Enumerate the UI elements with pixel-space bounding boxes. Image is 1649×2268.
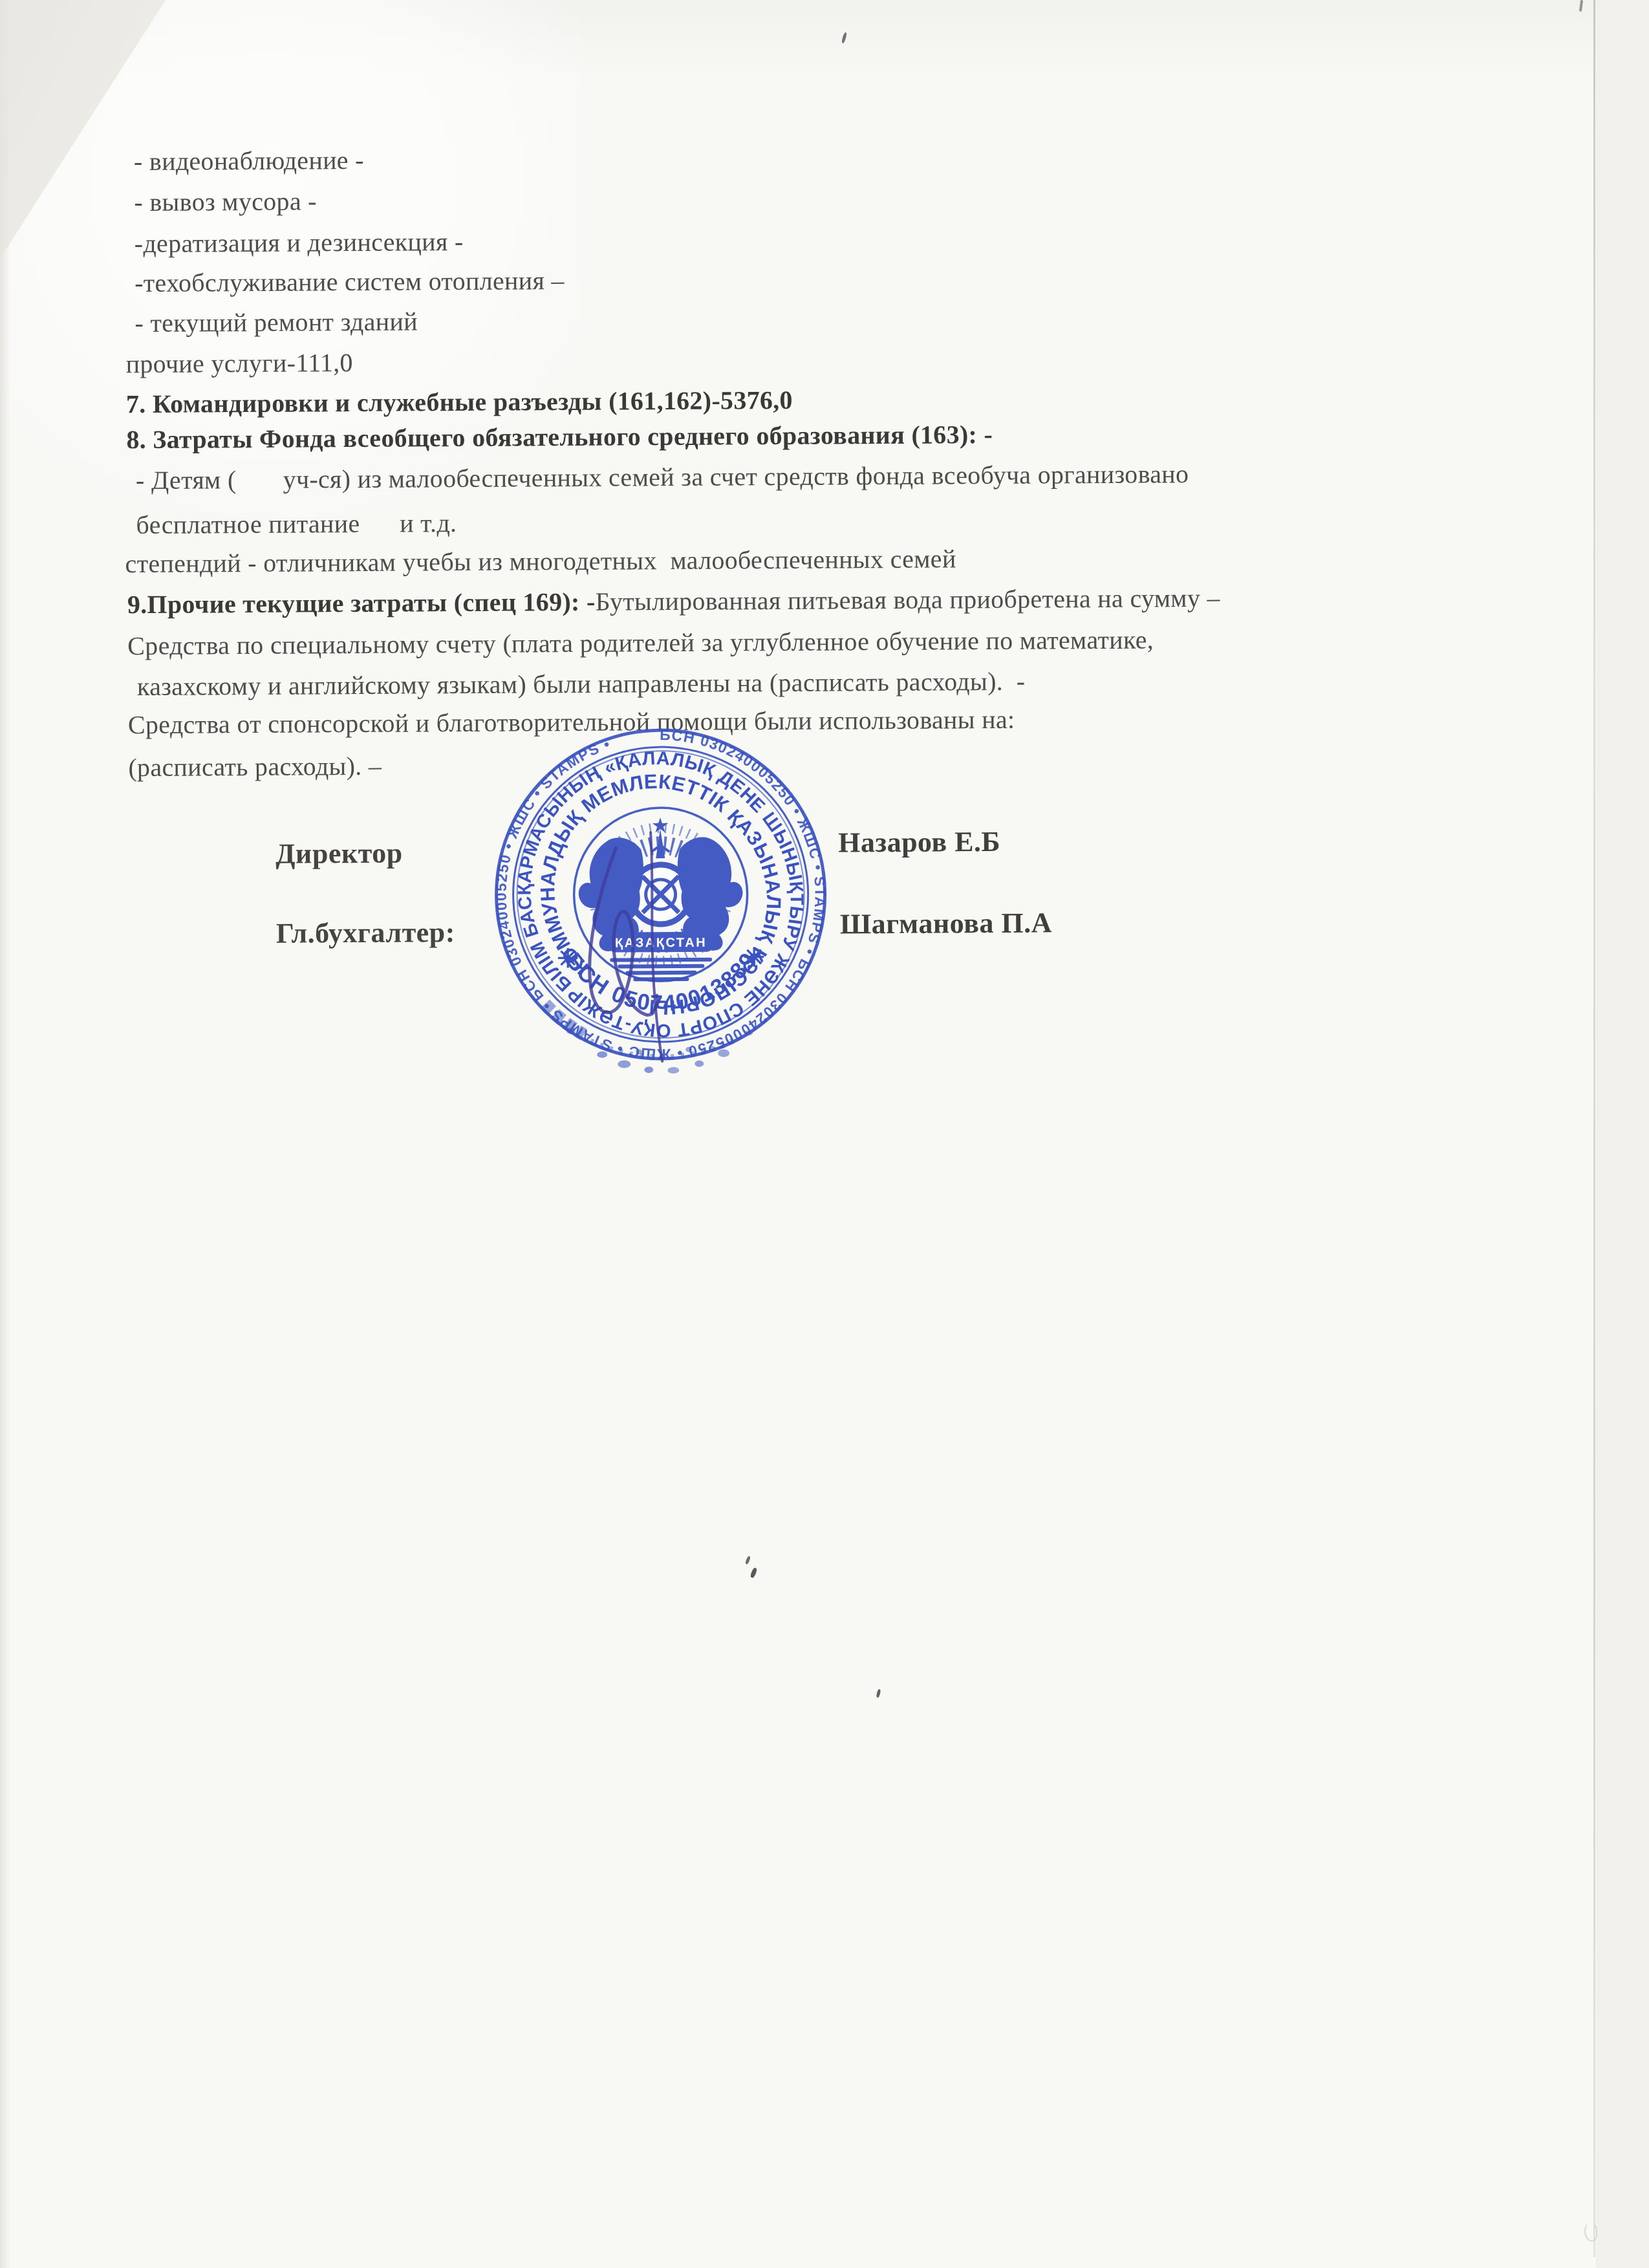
document-line: -техобслуживание систем отопления – [128,264,565,300]
document-line: (расписать расходы). – [128,750,382,784]
line-text: бесплатное питание и т.д. [129,508,457,539]
accountant-name: Шагманова П.А [840,906,1052,940]
line-text: -техобслуживание систем отопления – [128,266,565,297]
stamp-star-separator-icon: ✳ [743,944,765,972]
line-text: (расписать расходы). – [128,751,382,782]
line-bold-text: 7. Командировки и служебные разъезды (16… [126,385,793,418]
document-line: - видеонаблюдение - [127,144,364,178]
line-text: Бутылированная питьевая вода приобретена… [595,583,1220,616]
line-text: Средства по специальному счету (плата ро… [127,625,1154,660]
stamp-star-separator-icon: ✳ [557,945,579,973]
line-text: -дератизация и дезинсекция - [127,227,463,258]
document-line: прочие услуги-111,0 [125,346,353,381]
document-line: степендий - отличникам учебы из многодет… [125,542,956,581]
handwritten-signature-ink [0,0,1649,2268]
line-text: прочие услуги-111,0 [125,348,353,378]
document-line: 7. Командировки и служебные разъезды (16… [126,383,793,421]
line-text: - Детям ( уч-ся) из малообеспеченных сем… [129,459,1189,495]
official-stamp-graphic: БСН 030240005250 • ЖШС • STAMPS • БСН 03… [453,686,869,1103]
line-text: - видеонаблюдение - [127,146,364,176]
line-bold-text: 9.Прочие текущие затраты (спец 169): - [127,587,596,619]
accountant-label: Гл.бухгалтер: [276,916,455,950]
document-line: - Детям ( уч-ся) из малообеспеченных сем… [129,457,1189,497]
director-label: Директор [275,837,403,870]
document-line: - текущий ремонт зданий [128,305,418,340]
document-line: -дератизация и дезинсекция - [127,225,463,261]
document-line: бесплатное питание и т.д. [129,506,457,542]
line-text: - вывоз мусора - [127,186,317,217]
document-line: 8. Затраты Фонда всеобщего обязательного… [126,418,993,457]
official-stamp: БСН 030240005250 • ЖШС • STAMPS • БСН 03… [453,686,869,1103]
document-line: 9.Прочие текущие затраты (спец 169): -Бу… [127,581,1220,621]
document-line: Средства по специальному счету (плата ро… [127,623,1154,663]
document-line: - вывоз мусора - [127,184,317,219]
scanned-document-page: - видеонаблюдение - - вывоз мусора - -де… [0,0,1649,2268]
document-content: - видеонаблюдение - - вывоз мусора - -де… [0,0,1649,2268]
kazakhstan-emblem: ★ [578,813,743,980]
line-text: степендий - отличникам учебы из многодет… [125,544,956,578]
emblem-banner-text: ҚАЗАҚСТАН [615,936,707,951]
line-bold-text: 8. Затраты Фонда всеобщего обязательного… [126,420,993,454]
line-text: - текущий ремонт зданий [128,307,418,338]
